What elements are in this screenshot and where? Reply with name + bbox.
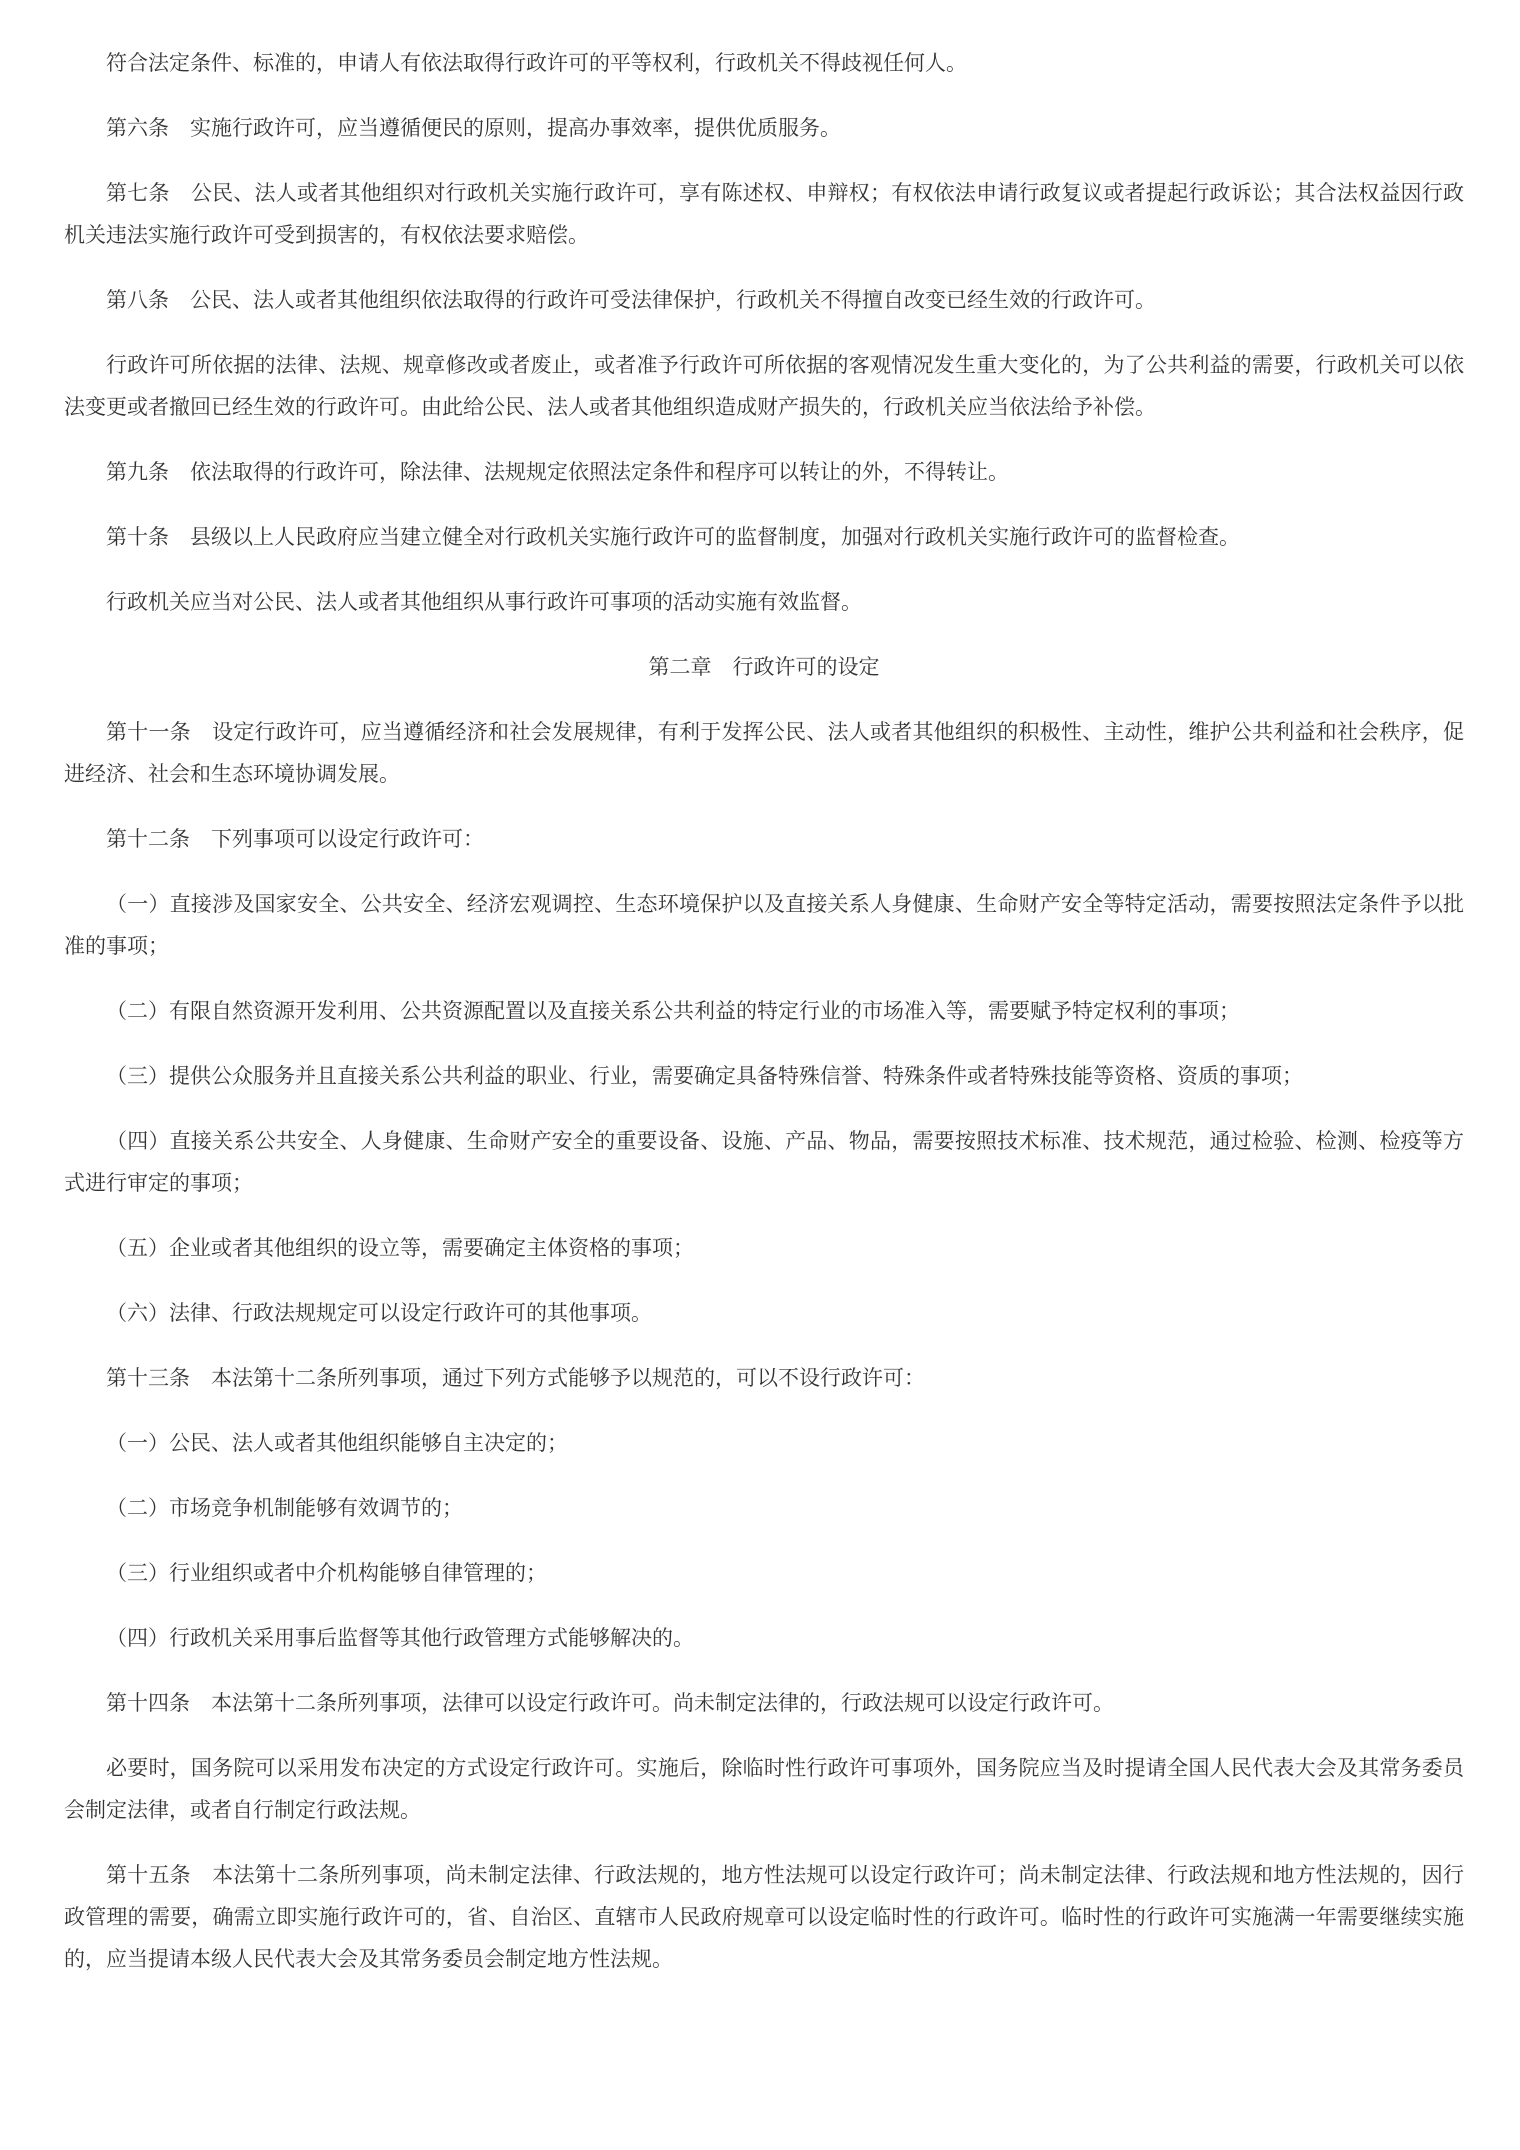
paragraph: 第十条 县级以上人民政府应当建立健全对行政机关实施行政许可的监督制度，加强对行政… xyxy=(64,516,1464,558)
paragraph: 第七条 公民、法人或者其他组织对行政机关实施行政许可，享有陈述权、申辩权；有权依… xyxy=(64,172,1464,256)
paragraph: （三）提供公众服务并且直接关系公共利益的职业、行业，需要确定具备特殊信誉、特殊条… xyxy=(64,1055,1464,1097)
paragraph: 第十三条 本法第十二条所列事项，通过下列方式能够予以规范的，可以不设行政许可： xyxy=(64,1357,1464,1399)
paragraph: （四）直接关系公共安全、人身健康、生命财产安全的重要设备、设施、产品、物品，需要… xyxy=(64,1120,1464,1204)
chapter-heading: 第二章 行政许可的设定 xyxy=(64,646,1464,688)
paragraph: （三）行业组织或者中介机构能够自律管理的； xyxy=(64,1552,1464,1594)
paragraph: （四）行政机关采用事后监督等其他行政管理方式能够解决的。 xyxy=(64,1617,1464,1659)
paragraph: 行政机关应当对公民、法人或者其他组织从事行政许可事项的活动实施有效监督。 xyxy=(64,581,1464,623)
paragraph: 第十四条 本法第十二条所列事项，法律可以设定行政许可。尚未制定法律的，行政法规可… xyxy=(64,1682,1464,1724)
paragraph: 行政许可所依据的法律、法规、规章修改或者废止，或者准予行政许可所依据的客观情况发… xyxy=(64,344,1464,428)
paragraph: （六）法律、行政法规规定可以设定行政许可的其他事项。 xyxy=(64,1292,1464,1334)
paragraph: 第十一条 设定行政许可，应当遵循经济和社会发展规律，有利于发挥公民、法人或者其他… xyxy=(64,711,1464,795)
paragraph: （五）企业或者其他组织的设立等，需要确定主体资格的事项； xyxy=(64,1227,1464,1269)
paragraph: 符合法定条件、标准的，申请人有依法取得行政许可的平等权利，行政机关不得歧视任何人… xyxy=(64,42,1464,84)
paragraph: 第十二条 下列事项可以设定行政许可： xyxy=(64,818,1464,860)
paragraph: （二）市场竞争机制能够有效调节的； xyxy=(64,1487,1464,1529)
document-page: 符合法定条件、标准的，申请人有依法取得行政许可的平等权利，行政机关不得歧视任何人… xyxy=(0,0,1520,2150)
paragraph: 第十五条 本法第十二条所列事项，尚未制定法律、行政法规的，地方性法规可以设定行政… xyxy=(64,1854,1464,1980)
paragraph: （二）有限自然资源开发利用、公共资源配置以及直接关系公共利益的特定行业的市场准入… xyxy=(64,990,1464,1032)
paragraph: （一）公民、法人或者其他组织能够自主决定的； xyxy=(64,1422,1464,1464)
paragraph: 第六条 实施行政许可，应当遵循便民的原则，提高办事效率，提供优质服务。 xyxy=(64,107,1464,149)
paragraph: 必要时，国务院可以采用发布决定的方式设定行政许可。实施后，除临时性行政许可事项外… xyxy=(64,1747,1464,1831)
paragraph: （一）直接涉及国家安全、公共安全、经济宏观调控、生态环境保护以及直接关系人身健康… xyxy=(64,883,1464,967)
paragraph: 第九条 依法取得的行政许可，除法律、法规规定依照法定条件和程序可以转让的外，不得… xyxy=(64,451,1464,493)
paragraph: 第八条 公民、法人或者其他组织依法取得的行政许可受法律保护，行政机关不得擅自改变… xyxy=(64,279,1464,321)
document-body: 符合法定条件、标准的，申请人有依法取得行政许可的平等权利，行政机关不得歧视任何人… xyxy=(64,42,1464,1980)
